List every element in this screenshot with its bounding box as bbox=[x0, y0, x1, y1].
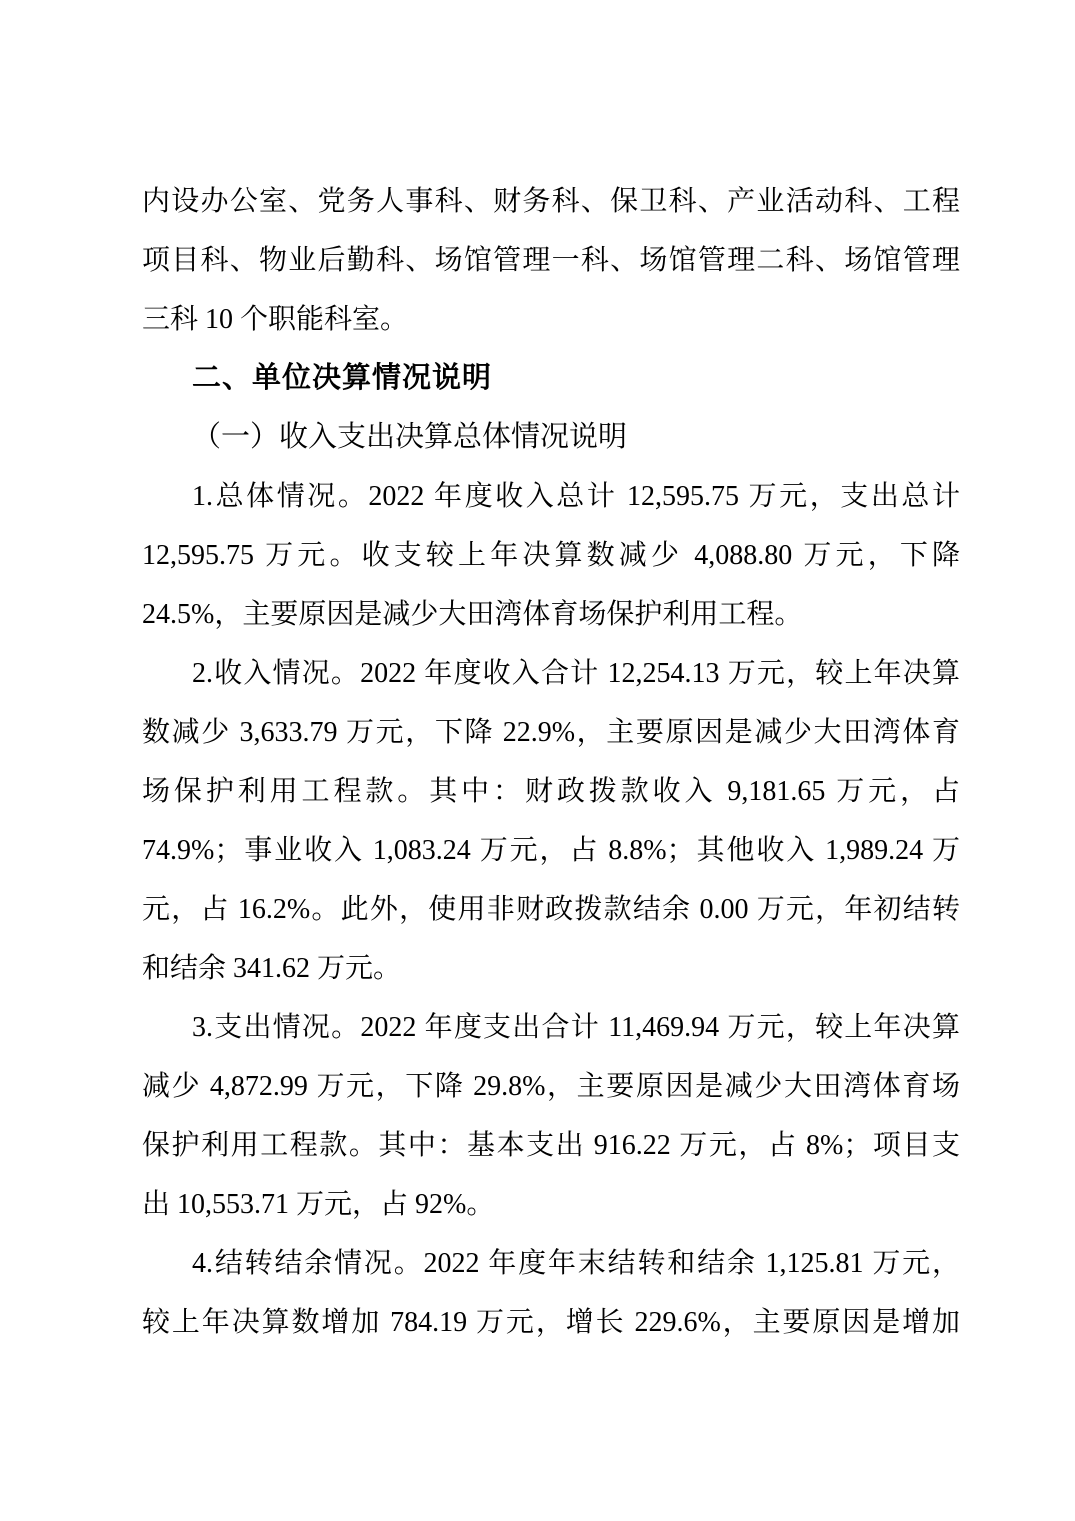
paragraph-line: 元，占 16.2%。此外，使用非财政拨款结余 0.00 万元，年初结转 bbox=[142, 880, 960, 939]
paragraph-line: 24.5%，主要原因是减少大田湾体育场保护利用工程。 bbox=[142, 585, 960, 644]
paragraph-line: 4.结转结余情况。2022 年度年末结转和结余 1,125.81 万元， bbox=[142, 1234, 960, 1293]
paragraph-line: 内设办公室、党务人事科、财务科、保卫科、产业活动科、工程 bbox=[142, 172, 960, 231]
paragraph-line: 1.总体情况。2022 年度收入总计 12,595.75 万元，支出总计 bbox=[142, 467, 960, 526]
paragraph-line: 2.收入情况。2022 年度收入合计 12,254.13 万元，较上年决算 bbox=[142, 644, 960, 703]
paragraph-line: 保护利用工程款。其中：基本支出 916.22 万元，占 8%；项目支 bbox=[142, 1116, 960, 1175]
paragraph-line: 场保护利用工程款。其中：财政拨款收入 9,181.65 万元，占 bbox=[142, 762, 960, 821]
paragraph-line: 项目科、物业后勤科、场馆管理一科、场馆管理二科、场馆管理 bbox=[142, 231, 960, 290]
paragraph-line: 减少 4,872.99 万元，下降 29.8%，主要原因是减少大田湾体育场 bbox=[142, 1057, 960, 1116]
paragraph-line: 3.支出情况。2022 年度支出合计 11,469.94 万元，较上年决算 bbox=[142, 998, 960, 1057]
document-body: 内设办公室、党务人事科、财务科、保卫科、产业活动科、工程 项目科、物业后勤科、场… bbox=[142, 172, 960, 1352]
paragraph-line: 74.9%；事业收入 1,083.24 万元，占 8.8%；其他收入 1,989… bbox=[142, 821, 960, 880]
paragraph-line: 数减少 3,633.79 万元，下降 22.9%，主要原因是减少大田湾体育 bbox=[142, 703, 960, 762]
paragraph-line: 较上年决算数增加 784.19 万元，增长 229.6%，主要原因是增加 bbox=[142, 1293, 960, 1352]
subsection-heading: （一）收入支出决算总体情况说明 bbox=[142, 408, 960, 467]
document-page: 内设办公室、党务人事科、财务科、保卫科、产业活动科、工程 项目科、物业后勤科、场… bbox=[0, 0, 1075, 1521]
paragraph-line: 12,595.75 万元。收支较上年决算数减少 4,088.80 万元，下降 bbox=[142, 526, 960, 585]
section-heading: 二、单位决算情况说明 bbox=[142, 349, 960, 408]
paragraph-line: 三科 10 个职能科室。 bbox=[142, 290, 960, 349]
paragraph-line: 出 10,553.71 万元，占 92%。 bbox=[142, 1175, 960, 1234]
paragraph-line: 和结余 341.62 万元。 bbox=[142, 939, 960, 998]
